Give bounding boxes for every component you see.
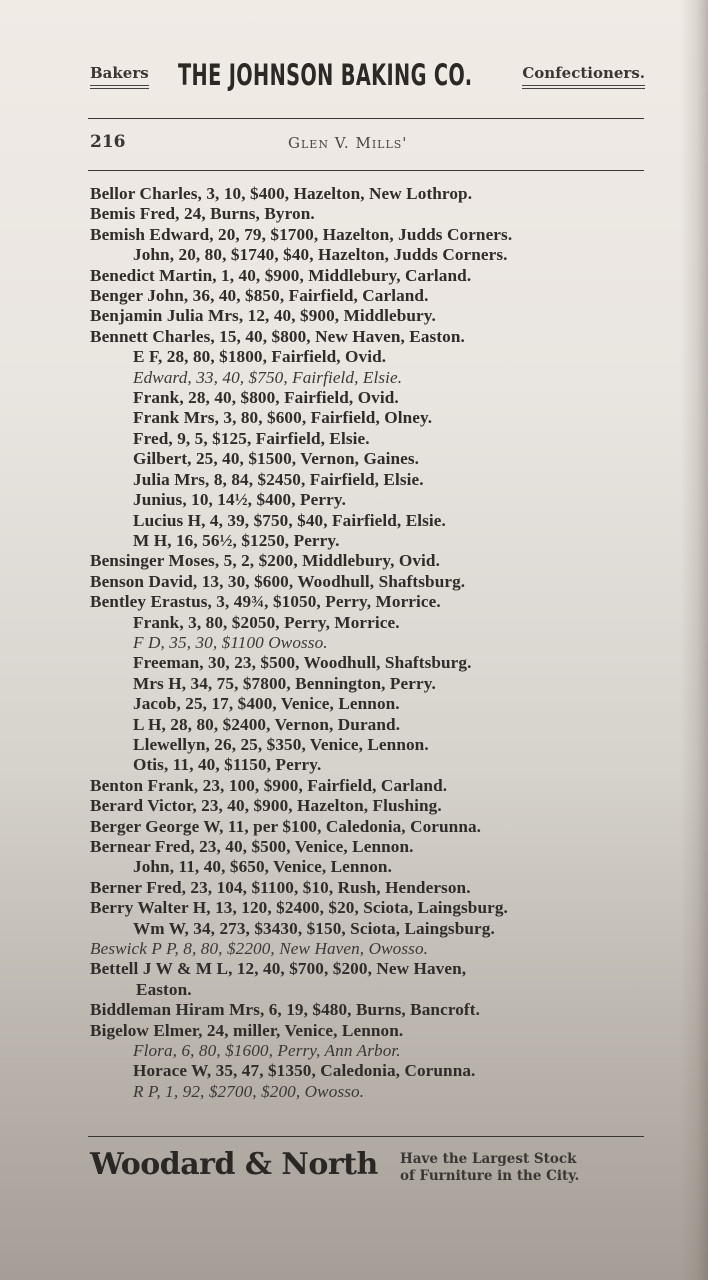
directory-entry: Bennett Charles, 15, 40, $800, New Haven…	[90, 327, 650, 347]
header-divider	[88, 118, 644, 119]
directory-entry: Edward, 33, 40, $750, Fairfield, Elsie.	[90, 368, 650, 388]
directory-entry: Bensinger Moses, 5, 2, $200, Middlebury,…	[90, 551, 650, 571]
directory-entry: Otis, 11, 40, $1150, Perry.	[90, 755, 650, 775]
directory-entry: Easton.	[90, 980, 650, 1000]
directory-entry: Berard Victor, 23, 40, $900, Hazelton, F…	[90, 796, 650, 816]
running-head: 216 Glen V. Mills'	[90, 132, 645, 156]
directory-entry: Fred, 9, 5, $125, Fairfield, Elsie.	[90, 429, 650, 449]
directory-entry: Frank Mrs, 3, 80, $600, Fairfield, Olney…	[90, 408, 650, 428]
page-edge-shadow	[680, 0, 708, 1280]
directory-entry: Frank, 3, 80, $2050, Perry, Morrice.	[90, 613, 650, 633]
directory-entry: Bentley Erastus, 3, 49¾, $1050, Perry, M…	[90, 592, 650, 612]
footer-tagline: Have the Largest Stock of Furniture in t…	[400, 1151, 579, 1185]
directory-entries: Bellor Charles, 3, 10, $400, Hazelton, N…	[90, 184, 650, 1102]
directory-entry: L H, 28, 80, $2400, Vernon, Durand.	[90, 715, 650, 735]
directory-entry: Bellor Charles, 3, 10, $400, Hazelton, N…	[90, 184, 650, 204]
directory-entry: Lucius H, 4, 39, $750, $40, Fairfield, E…	[90, 511, 650, 531]
directory-entry: Flora, 6, 80, $1600, Perry, Ann Arbor.	[90, 1041, 650, 1061]
confectioners-label: Confectioners.	[522, 64, 645, 82]
directory-entry: Mrs H, 34, 75, $7800, Bennington, Perry.	[90, 674, 650, 694]
double-rule	[522, 85, 645, 89]
directory-entry: Julia Mrs, 8, 84, $2450, Fairfield, Elsi…	[90, 470, 650, 490]
footer-divider	[88, 1136, 644, 1137]
running-head-divider	[88, 170, 644, 171]
directory-entry: E F, 28, 80, $1800, Fairfield, Ovid.	[90, 347, 650, 367]
tagline-line-2: of Furniture in the City.	[400, 1168, 579, 1185]
directory-entry: Frank, 28, 40, $800, Fairfield, Ovid.	[90, 388, 650, 408]
directory-entry: Benson David, 13, 30, $600, Woodhull, Sh…	[90, 572, 650, 592]
directory-entry: Benger John, 36, 40, $850, Fairfield, Ca…	[90, 286, 650, 306]
double-rule	[90, 85, 149, 89]
directory-entry: M H, 16, 56½, $1250, Perry.	[90, 531, 650, 551]
page-number: 216	[90, 132, 126, 152]
ad-right-label: Confectioners.	[522, 64, 645, 89]
directory-entry: Bemish Edward, 20, 79, $1700, Hazelton, …	[90, 225, 650, 245]
directory-entry: Wm W, 34, 273, $3430, $150, Sciota, Lain…	[90, 919, 650, 939]
header-advertisement: Bakers THE JOHNSON BAKING CO. Confection…	[90, 58, 645, 98]
directory-entry: Jacob, 25, 17, $400, Venice, Lennon.	[90, 694, 650, 714]
directory-entry: Berner Fred, 23, 104, $1100, $10, Rush, …	[90, 878, 650, 898]
tagline-line-1: Have the Largest Stock	[400, 1151, 579, 1168]
directory-entry: Benton Frank, 23, 100, $900, Fairfield, …	[90, 776, 650, 796]
directory-entry: Llewellyn, 26, 25, $350, Venice, Lennon.	[90, 735, 650, 755]
directory-entry: Beswick P P, 8, 80, $2200, New Haven, Ow…	[90, 939, 650, 959]
directory-entry: Gilbert, 25, 40, $1500, Vernon, Gaines.	[90, 449, 650, 469]
directory-entry: F D, 35, 30, $1100 Owosso.	[90, 633, 650, 653]
directory-entry: Bettell J W & M L, 12, 40, $700, $200, N…	[90, 959, 650, 979]
directory-entry: Bemis Fred, 24, Burns, Byron.	[90, 204, 650, 224]
ad-left-label: Bakers	[90, 64, 149, 89]
directory-entry: Bernear Fred, 23, 40, $500, Venice, Lenn…	[90, 837, 650, 857]
directory-entry: Horace W, 35, 47, $1350, Caledonia, Coru…	[90, 1061, 650, 1081]
directory-entry: John, 11, 40, $650, Venice, Lennon.	[90, 857, 650, 877]
directory-entry: Junius, 10, 14½, $400, Perry.	[90, 490, 650, 510]
directory-entry: Benjamin Julia Mrs, 12, 40, $900, Middle…	[90, 306, 650, 326]
directory-entry: R P, 1, 92, $2700, $200, Owosso.	[90, 1082, 650, 1102]
directory-entry: John, 20, 80, $1740, $40, Hazelton, Judd…	[90, 245, 650, 265]
bakers-label: Bakers	[90, 64, 149, 82]
directory-entry: Berry Walter H, 13, 120, $2400, $20, Sci…	[90, 898, 650, 918]
directory-entry: Bigelow Elmer, 24, miller, Venice, Lenno…	[90, 1021, 650, 1041]
directory-entry: Berger George W, 11, per $100, Caledonia…	[90, 817, 650, 837]
book-title: Glen V. Mills'	[288, 134, 407, 152]
directory-entry: Benedict Martin, 1, 40, $900, Middlebury…	[90, 266, 650, 286]
directory-entry: Biddleman Hiram Mrs, 6, 19, $480, Burns,…	[90, 1000, 650, 1020]
footer-advertisement: Woodard & North Have the Largest Stock o…	[90, 1147, 650, 1192]
company-name: THE JOHNSON BAKING CO.	[178, 58, 472, 92]
directory-entry: Freeman, 30, 23, $500, Woodhull, Shaftsb…	[90, 653, 650, 673]
footer-company-name: Woodard & North	[90, 1147, 378, 1182]
